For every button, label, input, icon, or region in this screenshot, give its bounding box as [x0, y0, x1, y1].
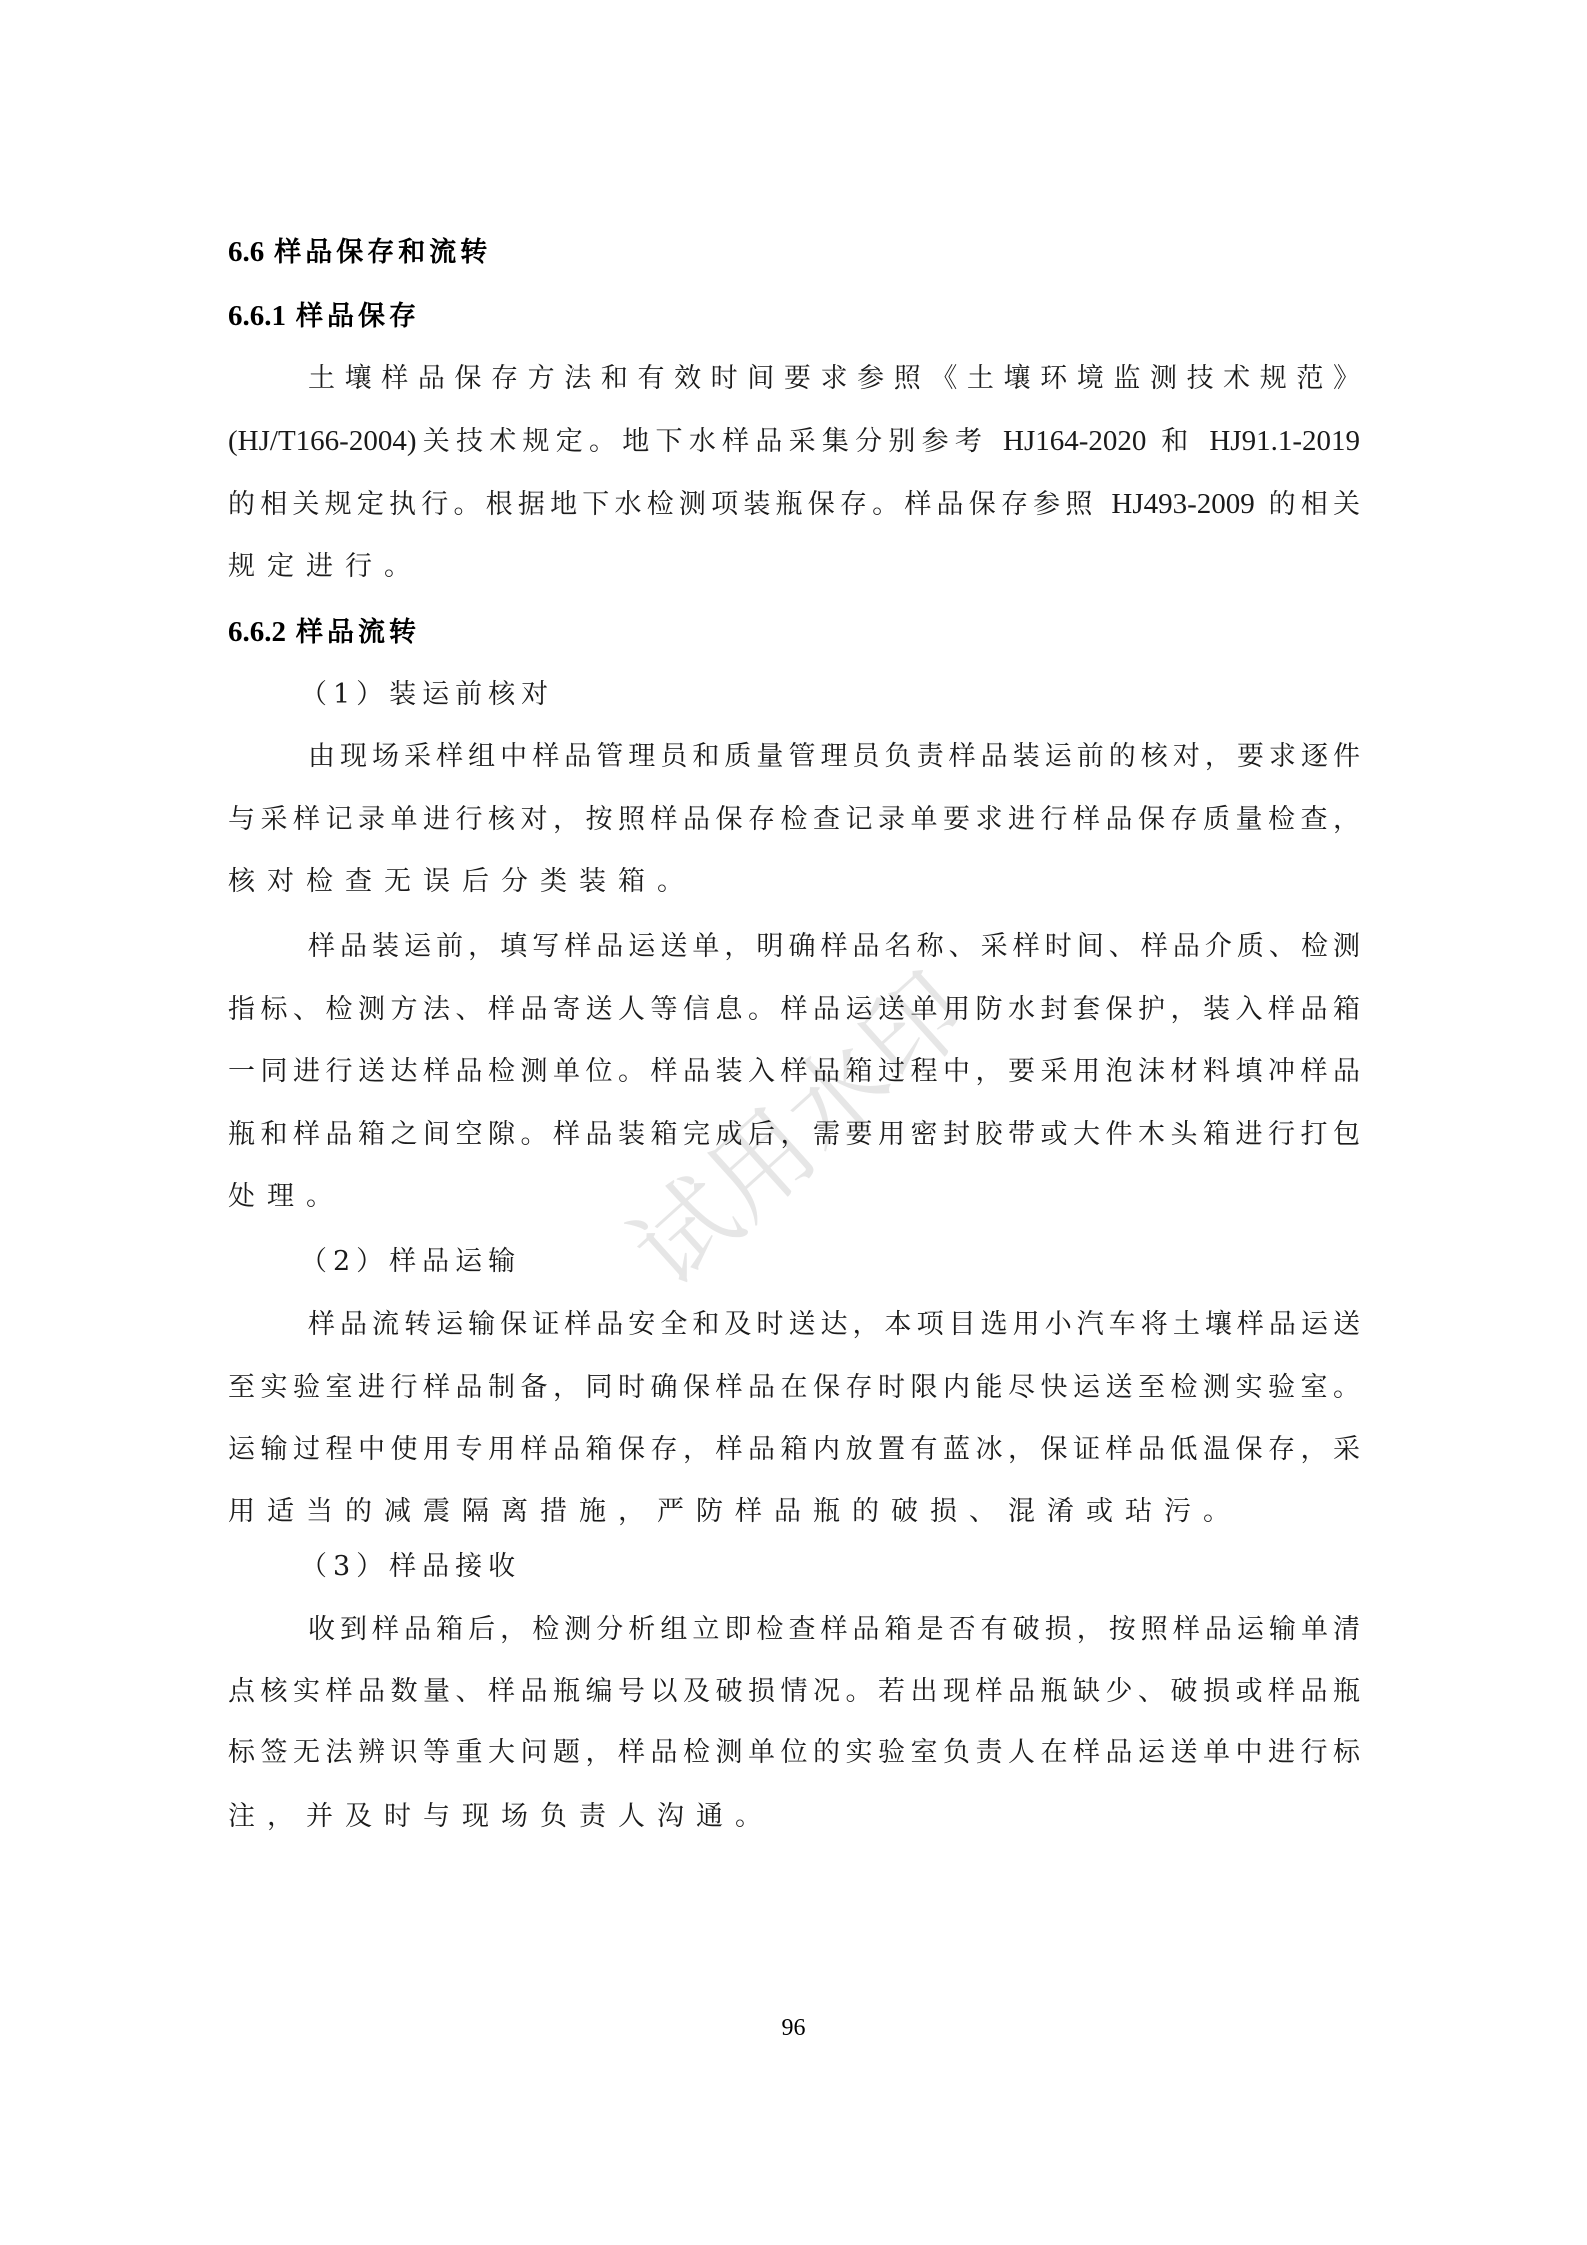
paragraph-line: 点核实样品数量、样品瓶编号以及破损情况。若出现样品瓶缺少、破损或样品瓶 — [228, 1672, 1360, 1712]
paragraph-line: 规定进行。 — [228, 547, 1360, 587]
subheading-3: （3）样品接收 — [300, 1547, 521, 1587]
paragraph-line: 样品流转运输保证样品安全和及时送达，本项目选用小汽车将土壤样品运送 — [308, 1305, 1360, 1345]
paragraph-line: 处理。 — [228, 1177, 1360, 1217]
subheading-2: （2）样品运输 — [300, 1242, 521, 1282]
section-title: 样品流转 — [296, 617, 420, 648]
section-number: 6.6.1 — [228, 300, 286, 332]
paragraph-line: 运输过程中使用专用样品箱保存，样品箱内放置有蓝冰，保证样品低温保存，采 — [228, 1430, 1360, 1470]
text-run: 的相关 — [1269, 489, 1360, 520]
paragraph-line: 由现场采样组中样品管理员和质量管理员负责样品装运前的核对，要求逐件 — [308, 737, 1360, 777]
section-number: 6.6 — [228, 236, 264, 268]
paragraph-line: 一同进行送达样品检测单位。样品装入样品箱过程中，要采用泡沫材料填冲样品 — [228, 1052, 1360, 1092]
standard-code: HJ91.1-2019 — [1209, 425, 1360, 457]
paragraph-line: 用适当的减震隔离措施，严防样品瓶的破损、混淆或玷污。 — [228, 1492, 1360, 1532]
paragraph-line: 注，并及时与现场负责人沟通。 — [228, 1797, 1360, 1837]
document-page: 试用水印 6.6样品保存和流转 6.6.1样品保存 土壤样品保存方法和有效时间要… — [0, 0, 1587, 2245]
paragraph-line: 收到样品箱后，检测分析组立即检查样品箱是否有破损，按照样品运输单清 — [308, 1610, 1360, 1650]
subheading-1: （1）装运前核对 — [300, 675, 554, 715]
page-number: 96 — [0, 2012, 1587, 2044]
paragraph-line: 土壤样品保存方法和有效时间要求参照《土壤环境监测技术规范》 — [308, 359, 1360, 399]
section-heading-6-6-2: 6.6.2样品流转 — [228, 612, 420, 652]
text-run: 和 — [1161, 426, 1194, 457]
standard-code: HJ493-2009 — [1111, 488, 1254, 520]
section-title: 样品保存 — [296, 301, 420, 332]
paragraph-line: 瓶和样品箱之间空隙。样品装箱完成后，需要用密封胶带或大件木头箱进行打包 — [228, 1115, 1360, 1155]
paragraph-line: 与采样记录单进行核对，按照样品保存检查记录单要求进行样品保存质量检查， — [228, 800, 1360, 840]
text-run: 关技术规定。地下水样品采集分别参考 — [416, 426, 988, 457]
section-heading-6-6: 6.6样品保存和流转 — [228, 232, 491, 272]
standard-code: (HJ/T166-2004) — [228, 425, 416, 457]
text-run: 的相关规定执行。根据地下水检测项装瓶保存。样品保存参照 — [228, 489, 1098, 520]
paragraph-line: 标签无法辨识等重大问题，样品检测单位的实验室负责人在样品运送单中进行标 — [228, 1733, 1360, 1773]
paragraph-line: 的相关规定执行。根据地下水检测项装瓶保存。样品保存参照 HJ493-2009 的… — [228, 484, 1360, 524]
paragraph-line: 指标、检测方法、样品寄送人等信息。样品运送单用防水封套保护，装入样品箱 — [228, 990, 1360, 1030]
section-title: 样品保存和流转 — [274, 237, 491, 268]
paragraph-line: 核对检查无误后分类装箱。 — [228, 862, 1360, 902]
section-number: 6.6.2 — [228, 616, 286, 648]
paragraph-line: (HJ/T166-2004)关技术规定。地下水样品采集分别参考 HJ164-20… — [228, 421, 1360, 461]
paragraph-line: 样品装运前，填写样品运送单，明确样品名称、采样时间、样品介质、检测 — [308, 927, 1360, 967]
standard-code: HJ164-2020 — [1003, 425, 1146, 457]
paragraph-line: 至实验室进行样品制备，同时确保样品在保存时限内能尽快运送至检测实验室。 — [228, 1368, 1360, 1408]
section-heading-6-6-1: 6.6.1样品保存 — [228, 296, 420, 336]
